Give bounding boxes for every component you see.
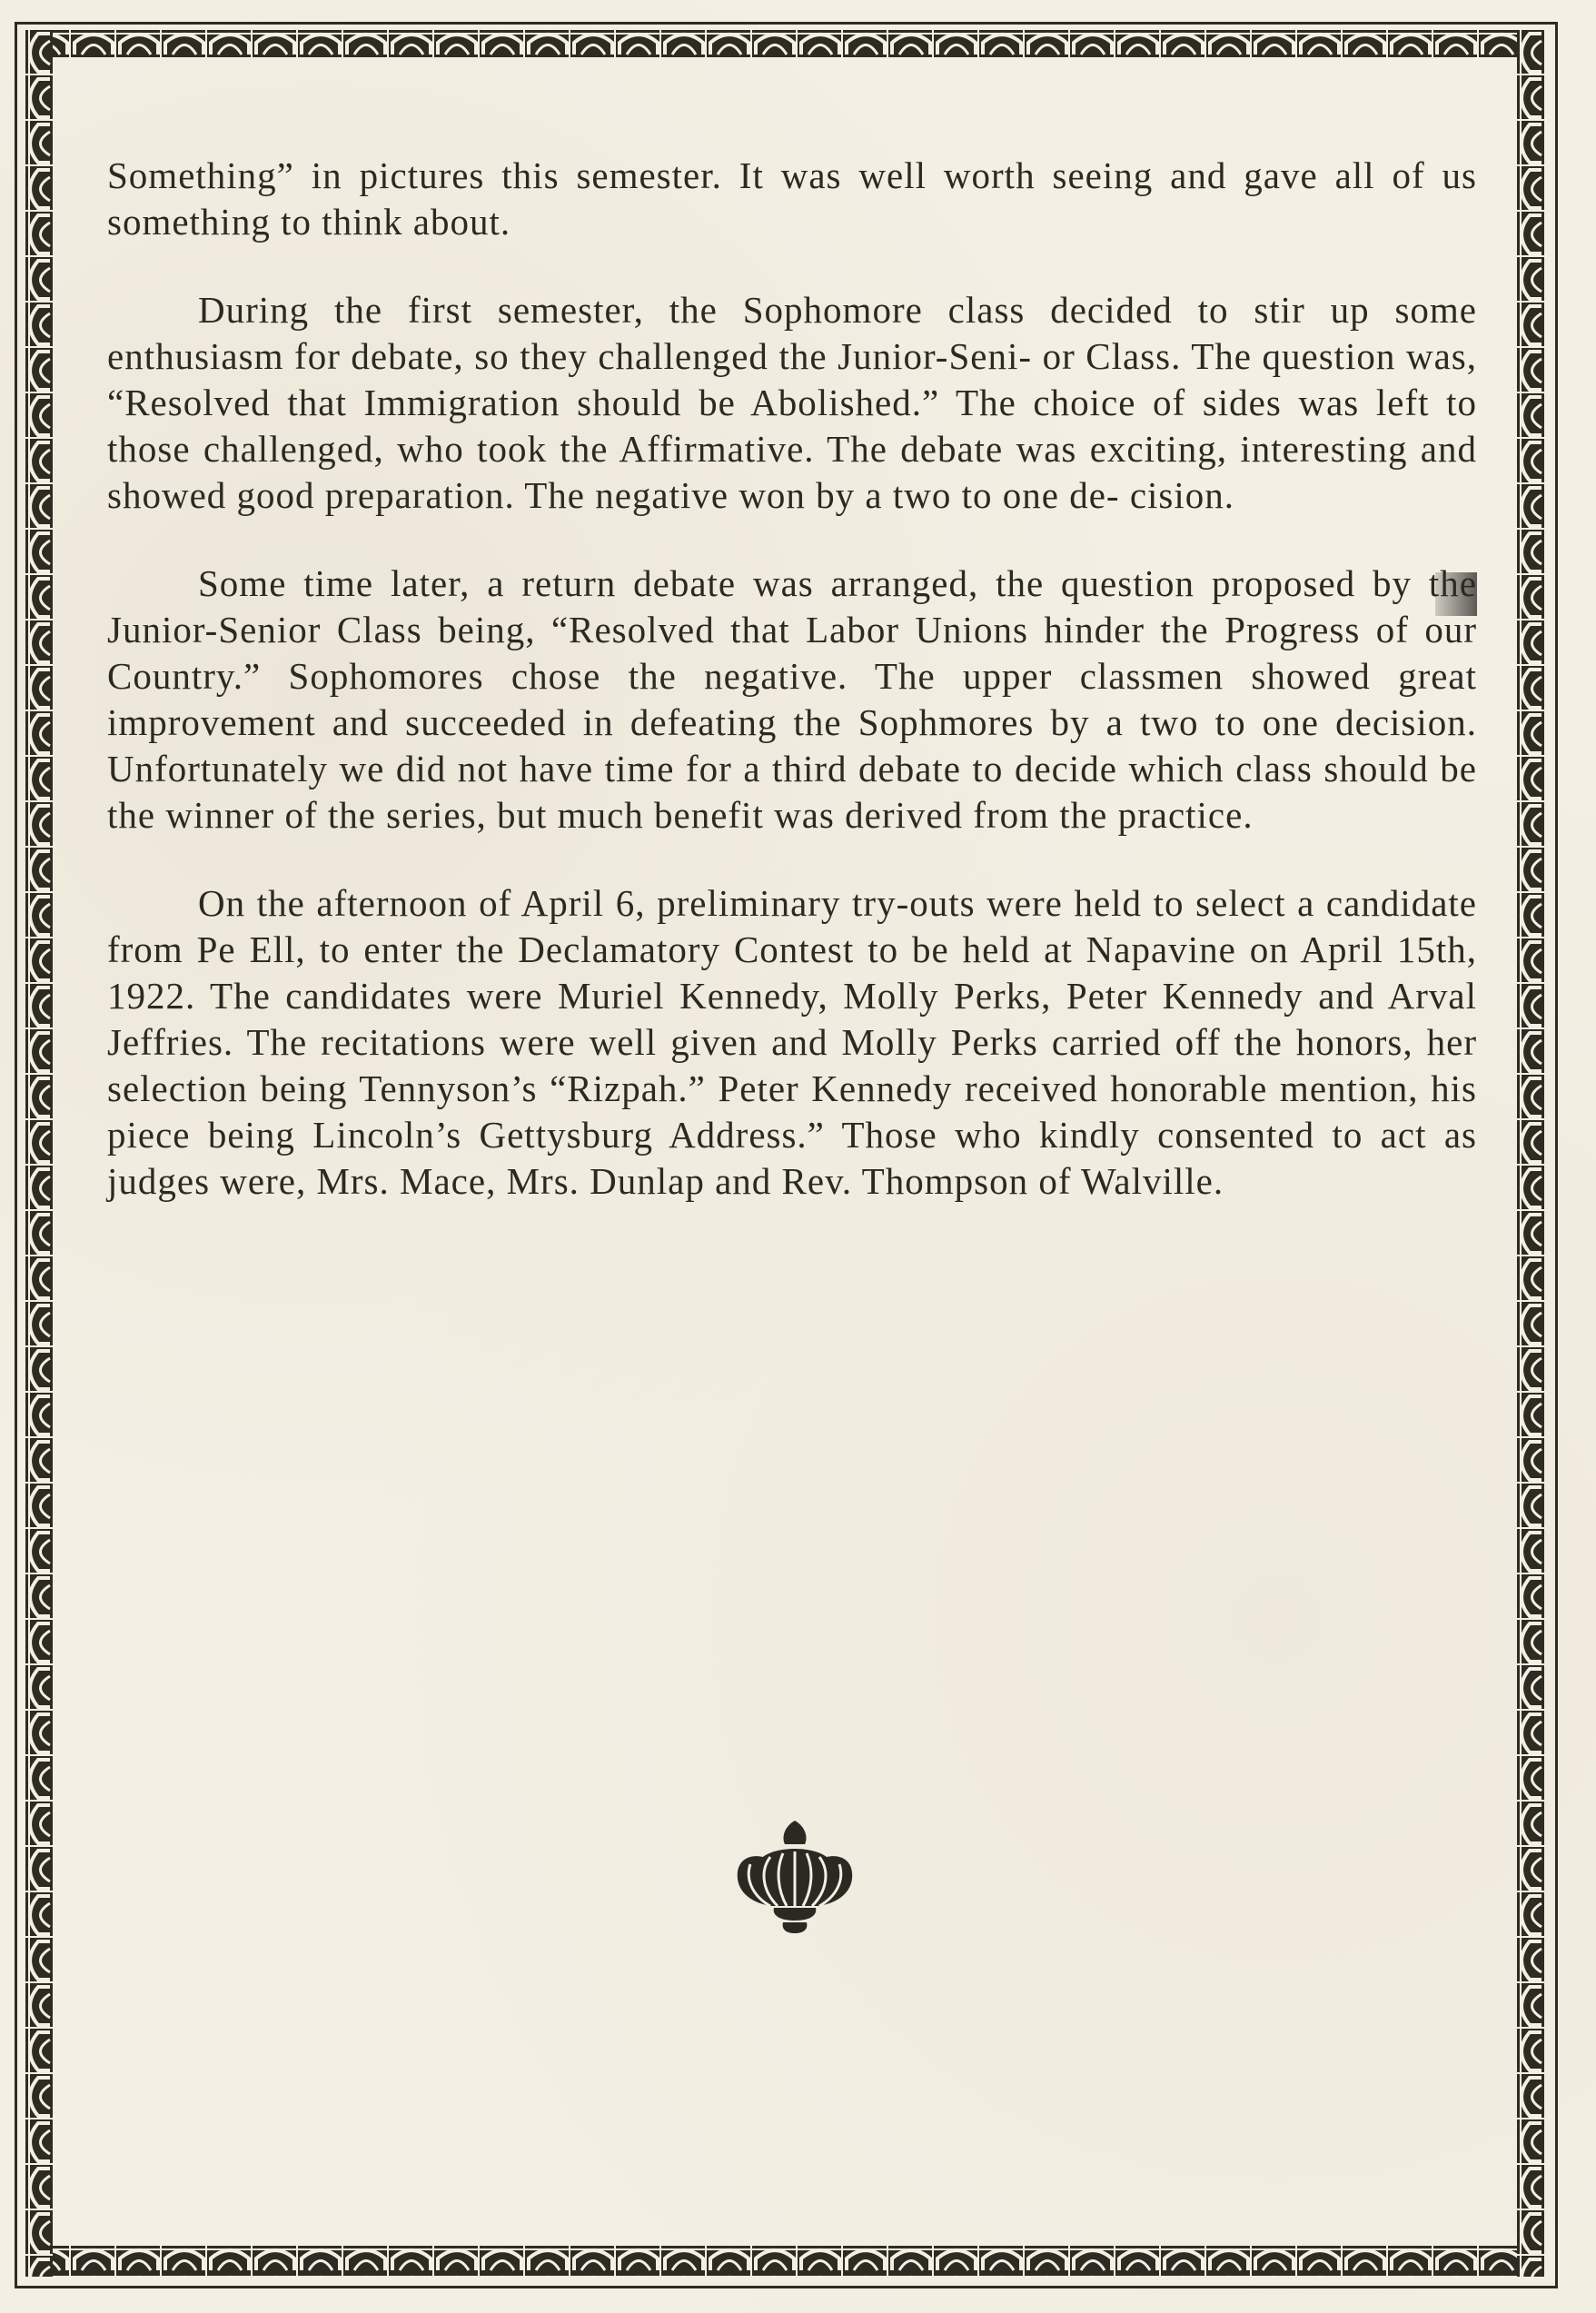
print-smudge-mark bbox=[1435, 572, 1477, 616]
text-line: was derived from the practice. bbox=[774, 794, 1253, 836]
text-line: succeeded in defeating the Sophmores by … bbox=[405, 701, 1477, 743]
text-line: Mace, Mrs. Dunlap and Rev. Thompson of W… bbox=[400, 1160, 1224, 1202]
border-band-left bbox=[25, 30, 53, 2277]
paragraph-p1: Something” in pictures this semester. It… bbox=[107, 153, 1477, 245]
text-line: who took the Affirmative. The debate was… bbox=[397, 428, 1477, 470]
text-line: Something” in pictures this semester. It… bbox=[107, 154, 1153, 196]
paragraph-p2: During the first semester, the Sophomore… bbox=[107, 287, 1477, 519]
text-line: The recitations were well given and Moll… bbox=[246, 1021, 1282, 1063]
text-line: Unfortunately we did not have time for a… bbox=[107, 748, 1117, 789]
text-line: During the first semester, the Sophomore… bbox=[198, 289, 1305, 331]
page-body-text: Something” in pictures this semester. It… bbox=[107, 153, 1477, 1246]
border-band-right bbox=[1517, 30, 1544, 2277]
fleuron-icon bbox=[727, 1817, 863, 1935]
border-band-bottom bbox=[25, 2246, 1544, 2277]
text-line: Some time later, a return debate was arr… bbox=[198, 562, 1195, 604]
border-band-top bbox=[25, 30, 1544, 57]
text-line: cision. bbox=[1130, 474, 1234, 516]
paragraph-p3: Some time later, a return debate was arr… bbox=[107, 561, 1477, 839]
text-line: On the afternoon of April 6, preliminary… bbox=[198, 882, 1185, 924]
text-line: showed good preparation. The negative wo… bbox=[107, 474, 1120, 516]
paragraph-p4: On the afternoon of April 6, preliminary… bbox=[107, 880, 1477, 1205]
